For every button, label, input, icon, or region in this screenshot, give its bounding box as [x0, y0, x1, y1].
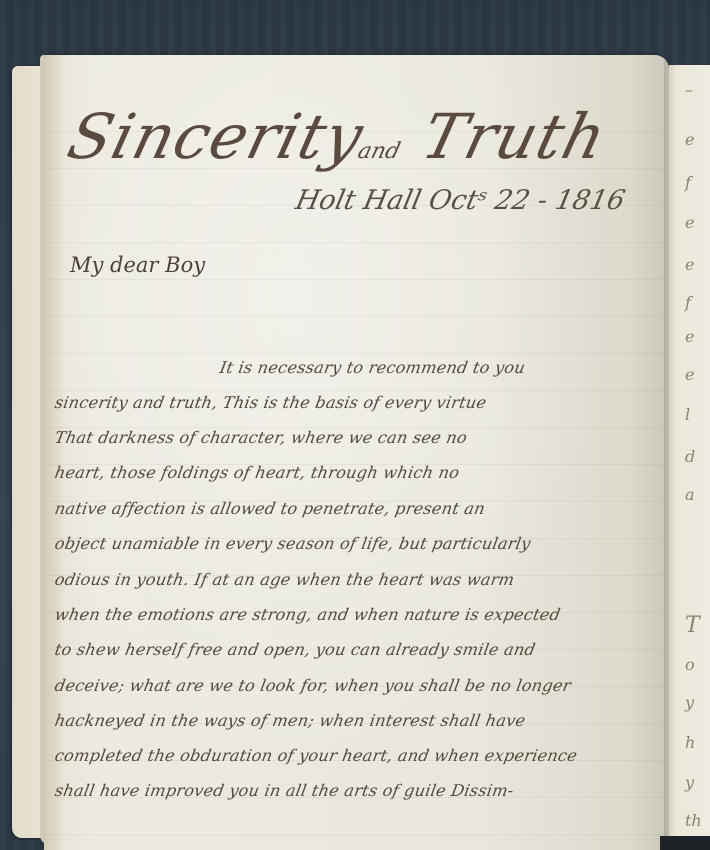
fragment-glyph: e [685, 255, 694, 274]
fragment-glyph: e [685, 365, 694, 384]
fragment-glyph: T [685, 613, 700, 638]
body-line: It is necessary to recommend to you [218, 358, 526, 377]
body-line: object unamiable in every season of life… [53, 534, 532, 553]
title-word-and: and [355, 139, 403, 164]
letter-title: Sincerityand Truth [61, 100, 614, 173]
body-line: shall have improved you in all the arts … [53, 781, 515, 800]
fragment-glyph: o [685, 655, 695, 674]
fragment-glyph: y [685, 693, 694, 712]
title-word-sincerity: Sincerity [61, 100, 371, 173]
fragment-glyph: l [685, 405, 690, 424]
fragment-glyph: th [685, 811, 702, 830]
manuscript-page [44, 55, 669, 850]
dateline: Holt Hall Octˢ 22 - 1816 [293, 185, 628, 216]
title-word-truth: Truth [415, 100, 614, 173]
fragment-glyph: – [685, 80, 693, 99]
fragment-glyph: h [685, 733, 695, 752]
book-shadow [660, 836, 710, 850]
body-line: heart, those foldings of heart, through … [53, 463, 461, 482]
fragment-glyph: f [685, 173, 691, 192]
fragment-glyph: e [685, 213, 694, 232]
fragment-glyph: d [685, 447, 695, 466]
salutation: My dear Boy [70, 253, 205, 277]
body-line: odious in youth. If at an age when the h… [53, 570, 516, 589]
body-line: That darkness of character, where we can… [53, 428, 468, 447]
body-line: completed the obduration of your heart, … [53, 746, 578, 765]
body-line: to shew herself free and open, you can a… [53, 640, 537, 659]
facing-page-fragment: – e f e e f e e l d a T o y h y th [669, 65, 710, 850]
body-line: sincerity and truth, This is the basis o… [53, 393, 488, 412]
fragment-glyph: e [685, 130, 694, 149]
fragment-glyph: y [685, 773, 694, 792]
body-line: when the emotions are strong, and when n… [53, 605, 562, 624]
fragment-glyph: f [685, 293, 691, 312]
body-line: deceive; what are we to look for, when y… [53, 676, 572, 695]
fragment-glyph: a [685, 485, 695, 504]
body-line: hackneyed in the ways of men; when inter… [53, 711, 527, 730]
fragment-glyph: e [685, 327, 694, 346]
body-line: native affection is allowed to penetrate… [53, 499, 486, 518]
